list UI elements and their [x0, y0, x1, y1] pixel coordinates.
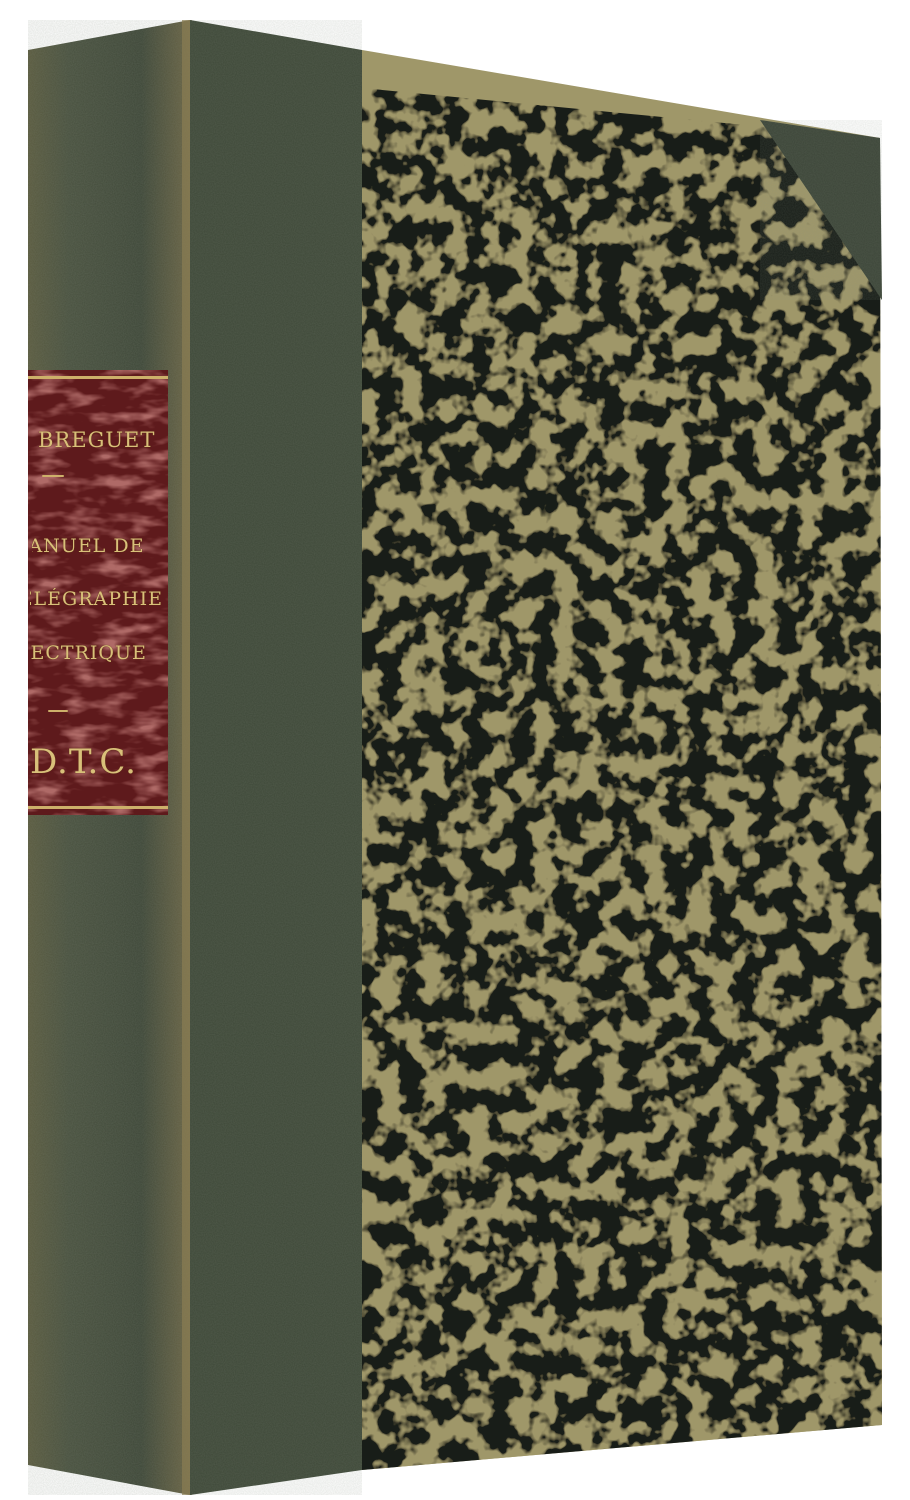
spine-author: BREGUET: [38, 428, 155, 452]
spine-series: D.T.C.: [30, 742, 137, 782]
spine-divider: [42, 475, 64, 477]
spine-divider-2: [48, 710, 68, 712]
book-photo: BREGUET MANUEL DE TÉLÉGRAPHIE ÉLECTRIQUE…: [0, 0, 910, 1500]
